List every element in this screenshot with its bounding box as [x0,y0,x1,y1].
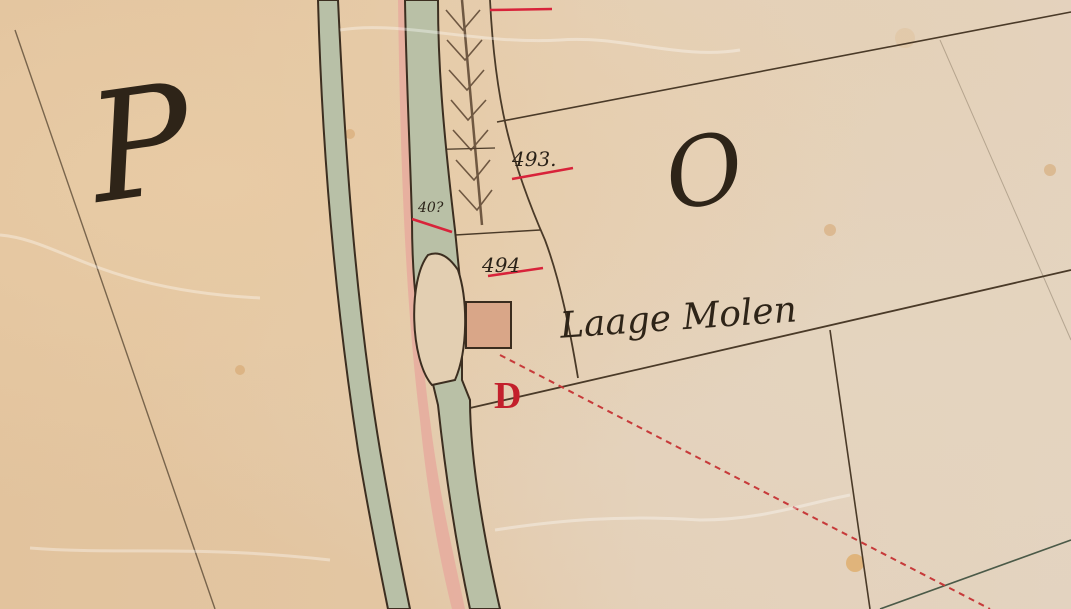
cadastral-map: 493. 494 40? P O Laage Molen D [0,0,1071,609]
survey-line [500,355,990,609]
mill-island [414,253,465,385]
section-letter-p: P [76,51,206,238]
canal-left [318,0,410,609]
map-drawing: 493. 494 40? P O Laage Molen D [0,0,1071,609]
marker-d: D [494,375,521,417]
parcel-number-493: 493. [511,147,557,171]
parcel-number-40x: 40? [417,200,444,216]
mill-building [466,302,511,348]
place-name-label: Laage Molen [558,289,798,347]
section-letter-o: O [657,111,753,233]
paper-stains [115,28,1056,572]
parcel-number-494: 494 [481,253,520,277]
